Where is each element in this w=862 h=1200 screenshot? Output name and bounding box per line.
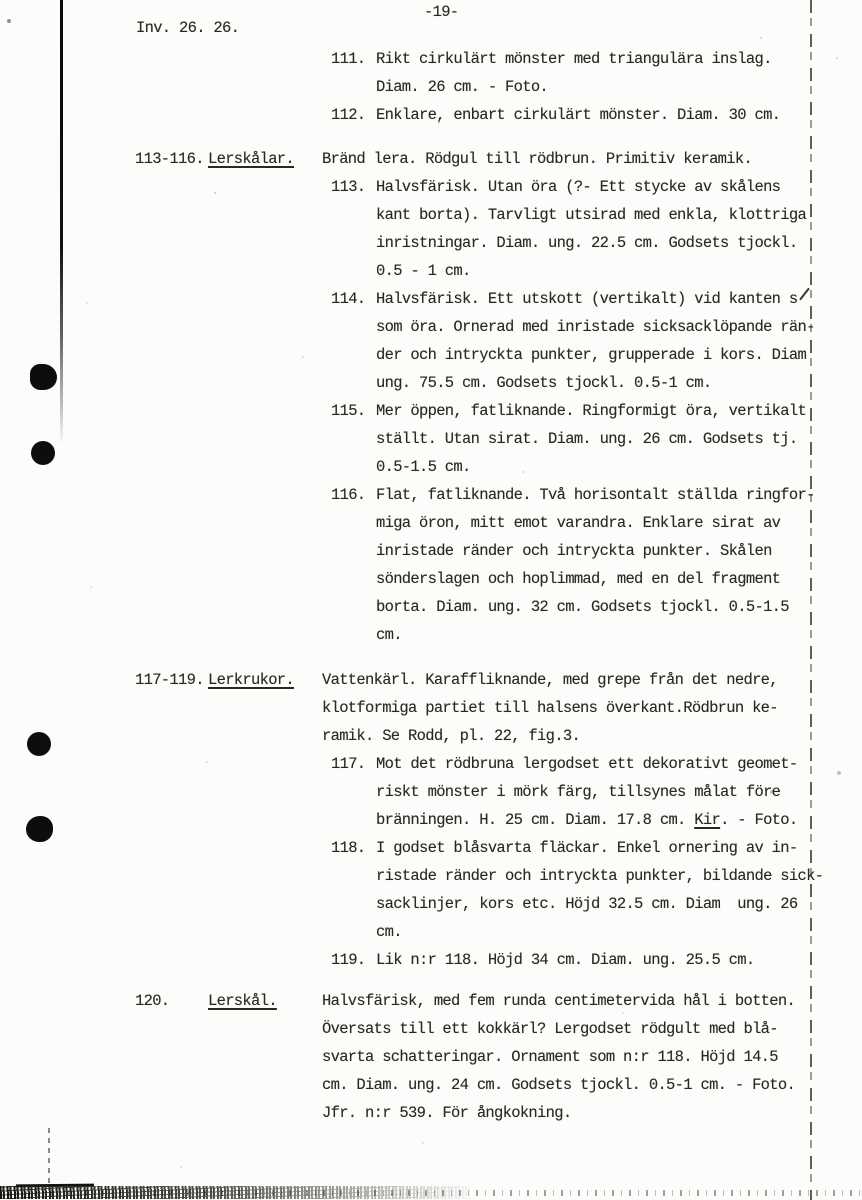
catalog-item: 112.Enklare, enbart cirkulärt mönster. D… [331, 101, 780, 129]
item-text-line: inristningar. Diam. ung. 22.5 cm. Godset… [376, 229, 815, 257]
punch-hole [30, 364, 57, 390]
entry-description: Halvsfärisk, med fem runda centimetervid… [322, 987, 795, 1127]
catalog-item: 114.Halvsfärisk. Ett utskott (vertikalt)… [331, 285, 815, 397]
item-text: Enklare, enbart cirkulärt mönster. Diam.… [376, 106, 780, 124]
entry-description-line: ramik. Se Rodd, pl. 22, fig.3. [322, 722, 778, 750]
entry-category: Lerkrukor. [208, 666, 294, 694]
item-number: 117. [331, 750, 376, 778]
scan-speckles [0, 0, 2, 2]
item-text-line: borta. Diam. ung. 32 cm. Godsets tjockl.… [376, 593, 815, 621]
catalog-items: 111.Rikt cirkulärt mönster med triangulä… [331, 45, 780, 129]
item-text-line: 113.Halvsfärisk. Utan öra (?- Ett stycke… [331, 173, 815, 201]
entry-description-line: Översats till ett kokkärl? Lergodset röd… [322, 1015, 795, 1043]
catalog-item: 111.Rikt cirkulärt mönster med triangulä… [331, 45, 780, 101]
item-text-line: 111.Rikt cirkulärt mönster med triangulä… [331, 45, 780, 73]
item-text-line: kant borta). Tarvligt utsirad med enkla,… [376, 201, 815, 229]
catalog-item: 113.Halvsfärisk. Utan öra (?- Ett stycke… [331, 173, 815, 285]
inventory-header: Inv. 26. 26. [136, 19, 239, 37]
bottom-left-dashed-line [48, 1128, 50, 1186]
catalog-item: 118.I godset blåsvarta fläckar. Enkel or… [331, 834, 823, 946]
right-margin-line [810, 0, 812, 1200]
scanned-document-page: -19- Inv. 26. 26. 111.Rikt cirkulärt mön… [0, 0, 862, 1200]
page-number: -19- [424, 3, 458, 21]
item-text: Halvsfärisk. Ett utskott (vertikalt) vid… [376, 290, 797, 308]
item-text-line: der och intryckta punkter, grupperade i … [376, 341, 815, 369]
punch-hole [27, 732, 51, 756]
entry-number-range: 117-119. [135, 666, 204, 694]
catalog-item: 117.Mot det rödbruna lergodset ett dekor… [331, 750, 823, 834]
item-number: 113. [331, 173, 376, 201]
entry-description-line: klotformiga partiet till halsens överkan… [322, 694, 778, 722]
entry-description-line: Halvsfärisk, med fem runda centimetervid… [322, 987, 795, 1015]
item-text-line: 118.I godset blåsvarta fläckar. Enkel or… [331, 834, 823, 862]
left-margin-line [60, 0, 63, 445]
entry-description: Bränd lera. Rödgul till rödbrun. Primiti… [322, 145, 752, 173]
item-text-line: cm. [376, 621, 815, 649]
item-text: I godset blåsvarta fläckar. Enkel orneri… [376, 839, 797, 857]
entry-description-line: svarta schatteringar. Ornament som n:r 1… [322, 1043, 795, 1071]
item-number: 116. [331, 481, 376, 509]
entry-description-line: Vattenkärl. Karaffliknande, med grepe fr… [322, 666, 778, 694]
entry-description: Vattenkärl. Karaffliknande, med grepe fr… [322, 666, 778, 750]
entry-number-range: 113-116. [135, 145, 204, 173]
catalog-item: 116.Flat, fatliknande. Två horisontalt s… [331, 481, 815, 649]
entry-description-line: Bränd lera. Rödgul till rödbrun. Primiti… [322, 145, 752, 173]
catalog-item: 115.Mer öppen, fatliknande. Ringformigt … [331, 397, 815, 481]
punch-hole [26, 816, 53, 842]
catalog-item: 119.Lik n:r 118. Höjd 34 cm. Diam. ung. … [331, 946, 823, 974]
item-text-line: riskt mönster i mörk färg, tillsynes mål… [376, 778, 823, 806]
item-text-line: 116.Flat, fatliknande. Två horisontalt s… [331, 481, 815, 509]
item-text-line: ställt. Utan sirat. Diam. ung. 26 cm. Go… [376, 425, 815, 453]
item-text-line: cm. [376, 918, 823, 946]
item-text-line: sönderslagen och hoplimmad, med en del f… [376, 565, 815, 593]
item-text: Halvsfärisk. Utan öra (?- Ett stycke av … [376, 178, 780, 196]
item-text-line: 119.Lik n:r 118. Höjd 34 cm. Diam. ung. … [331, 946, 823, 974]
catalog-items: 113.Halvsfärisk. Utan öra (?- Ett stycke… [331, 173, 815, 649]
item-text-line: 0.5-1.5 cm. [376, 453, 815, 481]
entry-number-range: 120. [135, 987, 169, 1015]
item-text-line: miga öron, mitt emot varandra. Enklare s… [376, 509, 815, 537]
item-text-line: ristade ränder och intryckta punkter, bi… [376, 862, 823, 890]
item-text-line: 112.Enklare, enbart cirkulärt mönster. D… [331, 101, 780, 129]
item-text-line: Diam. 26 cm. - Foto. [376, 73, 780, 101]
item-number: 111. [331, 45, 376, 73]
item-text-line: som öra. Ornerad med inristade sicksackl… [376, 313, 815, 341]
item-number: 112. [331, 101, 376, 129]
item-text-line: ung. 75.5 cm. Godsets tjockl. 0.5-1 cm. [376, 369, 815, 397]
scan-noise-band-sparse [0, 1190, 862, 1196]
entry-category: Lerskålar. [208, 145, 294, 173]
catalog-items: 117.Mot det rödbruna lergodset ett dekor… [331, 750, 823, 974]
entry-description-line: cm. Diam. ung. 24 cm. Godsets tjockl. 0.… [322, 1071, 795, 1099]
item-number: 115. [331, 397, 376, 425]
entry-description-line: Jfr. n:r 539. För ångkokning. [322, 1099, 795, 1127]
item-number: 119. [331, 946, 376, 974]
item-number: 118. [331, 834, 376, 862]
item-text: Flat, fatliknande. Två horisontalt ställ… [376, 486, 815, 504]
item-text-line: 0.5 - 1 cm. [376, 257, 815, 285]
entry-category: Lerskål. [208, 987, 277, 1015]
item-text-line: sacklinjer, kors etc. Höjd 32.5 cm. Diam… [376, 890, 823, 918]
item-text-line: 114.Halvsfärisk. Ett utskott (vertikalt)… [331, 285, 815, 313]
item-text: Lik n:r 118. Höjd 34 cm. Diam. ung. 25.5… [376, 951, 754, 969]
item-text-line: 115.Mer öppen, fatliknande. Ringformigt … [331, 397, 815, 425]
item-text-line: inristade ränder och intryckta punkter. … [376, 537, 815, 565]
item-text: Mot det rödbruna lergodset ett dekorativ… [376, 755, 797, 773]
punch-hole [31, 441, 55, 465]
item-text-line: 117.Mot det rödbruna lergodset ett dekor… [331, 750, 823, 778]
item-text: Rikt cirkulärt mönster med triangulära i… [376, 50, 772, 68]
item-text-line: bränningen. H. 25 cm. Diam. 17.8 cm. Kir… [376, 806, 823, 834]
item-number: 114. [331, 285, 376, 313]
item-text: Mer öppen, fatliknande. Ringformigt öra,… [376, 402, 806, 420]
